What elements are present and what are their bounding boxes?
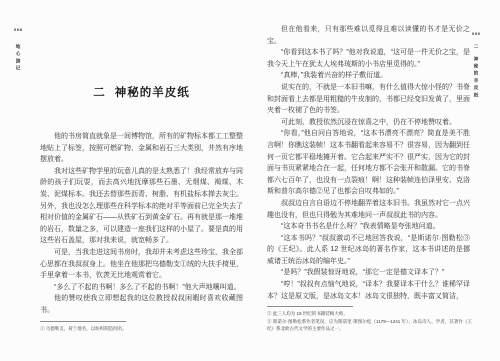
paragraph: 说实在的，不就是一本旧书嘛，有什么值得大惊小怪的？书脊和封面看上去都是用粗糙的牛… [267, 82, 470, 117]
footnote: ③ 斯诺尔·图勒松系作者笔误，应为斯诺里·斯图尔松（1179—1241 年），冰… [267, 318, 472, 333]
paragraph: “真棒，”我装着兴奋的样子敷衍道。 [267, 70, 470, 82]
footnote: ① 乌德勒支，荷兰地名，以纺织制造闻名。 [40, 325, 245, 333]
chapter-title: 神秘的羊皮纸 [115, 87, 190, 99]
paragraph: 可此刻，教授依然沉浸在惊喜之中，仍在不停地赞叹着。 [267, 117, 470, 129]
chapter-heading: 二神秘的羊皮纸 [40, 84, 243, 100]
paragraph: “你看到这本书了吗？”他对我说道，“这可是一件无价之宝，是我今天上午在犹太人埃弗… [267, 47, 470, 70]
left-page-footnotes: ① 乌德勒支，荷兰地名，以纺织制造闻名。 [40, 325, 245, 333]
margin-chapter-number: 二 [474, 44, 479, 51]
footnote-rule [267, 306, 353, 307]
right-page-body: 但在他看来，只有那些难以觅得且难以读懂的书才是无价之宝。 “你看到这本书了吗？”… [267, 24, 470, 302]
paragraph: 他的书房简直就象是一间博物馆，所有的矿物标本都工工整整地贴上了标签，按照可燃矿物… [40, 131, 243, 166]
left-page-body: 他的书房简直就象是一间博物馆，所有的矿物标本都工工整整地贴上了标签，按照可燃矿物… [40, 131, 243, 317]
paragraph: 他的赞叹使我立即想起我的这位教授叔叔闲暇时喜欢收藏图书。 [40, 293, 243, 316]
footnote-rule [40, 321, 126, 322]
chapter-number: 二 [93, 87, 106, 99]
paragraph: “哼！”叔叔有点恼气地说，“译本？我要译本干什么？谁稀罕译本？这是原文版，是冰岛… [267, 279, 470, 302]
paragraph: “你看，”他自问自答地说，“这本书漂亮不漂亮？简直是美不胜言啊！你瞧这装帧！这本… [267, 128, 470, 198]
page-number-left: 008 [14, 27, 22, 32]
paragraph: 叔叔边自言自语边不停地翻弄着这本旧书。我虽然对它一点兴趣也没有，但也只得勉为其难… [267, 198, 470, 221]
footnote: ② 此三人均为 19 世纪的书籍装帧大师。 [267, 310, 472, 318]
paragraph: “是吗？”我假装惊讶地说，“那它一定是德文译本了？” [267, 267, 470, 279]
paragraph: 可是，当我走进这间书房时，我却并未考虑这些珍宝，我全部心思都在我叔叔身上。他坐在… [40, 247, 243, 282]
margin-chapter-title: 二神秘的羊皮纸 [473, 44, 479, 99]
paragraph: 但在他看来，只有那些难以觅得且难以读懂的书才是无价之宝。 [267, 24, 470, 47]
paragraph: “这本奇书书名是什么呀？”我表情略显夸张地问道。 [267, 221, 470, 233]
paragraph: 我对这些矿物学里的玩意儿真的是太熟悉了！我经常放弃与同龄的孩子们玩耍，而去高兴地… [40, 166, 243, 247]
right-page-footnotes: ② 此三人均为 19 世纪的书籍装帧大师。 ③ 斯诺尔·图勒松系作者笔误，应为斯… [267, 310, 472, 333]
paragraph: “多么了不起的书啊！多么了不起的书啊！”他大声地嚷叫道。 [40, 282, 243, 294]
margin-book-title: 地心游记 [15, 44, 21, 73]
page-number-right: 009 [472, 31, 480, 36]
book-spread: 008 地心游记 二神秘的羊皮纸 他的书房简直就象是一间博物馆，所有的矿物标本都… [0, 0, 500, 361]
paragraph: “这本书吗？”叔叔激动不已地回答我说，“是斯诺尔·图勒松③的《王纪》。此人系 1… [267, 233, 470, 268]
margin-chapter-name: 神秘的羊皮纸 [474, 56, 479, 99]
